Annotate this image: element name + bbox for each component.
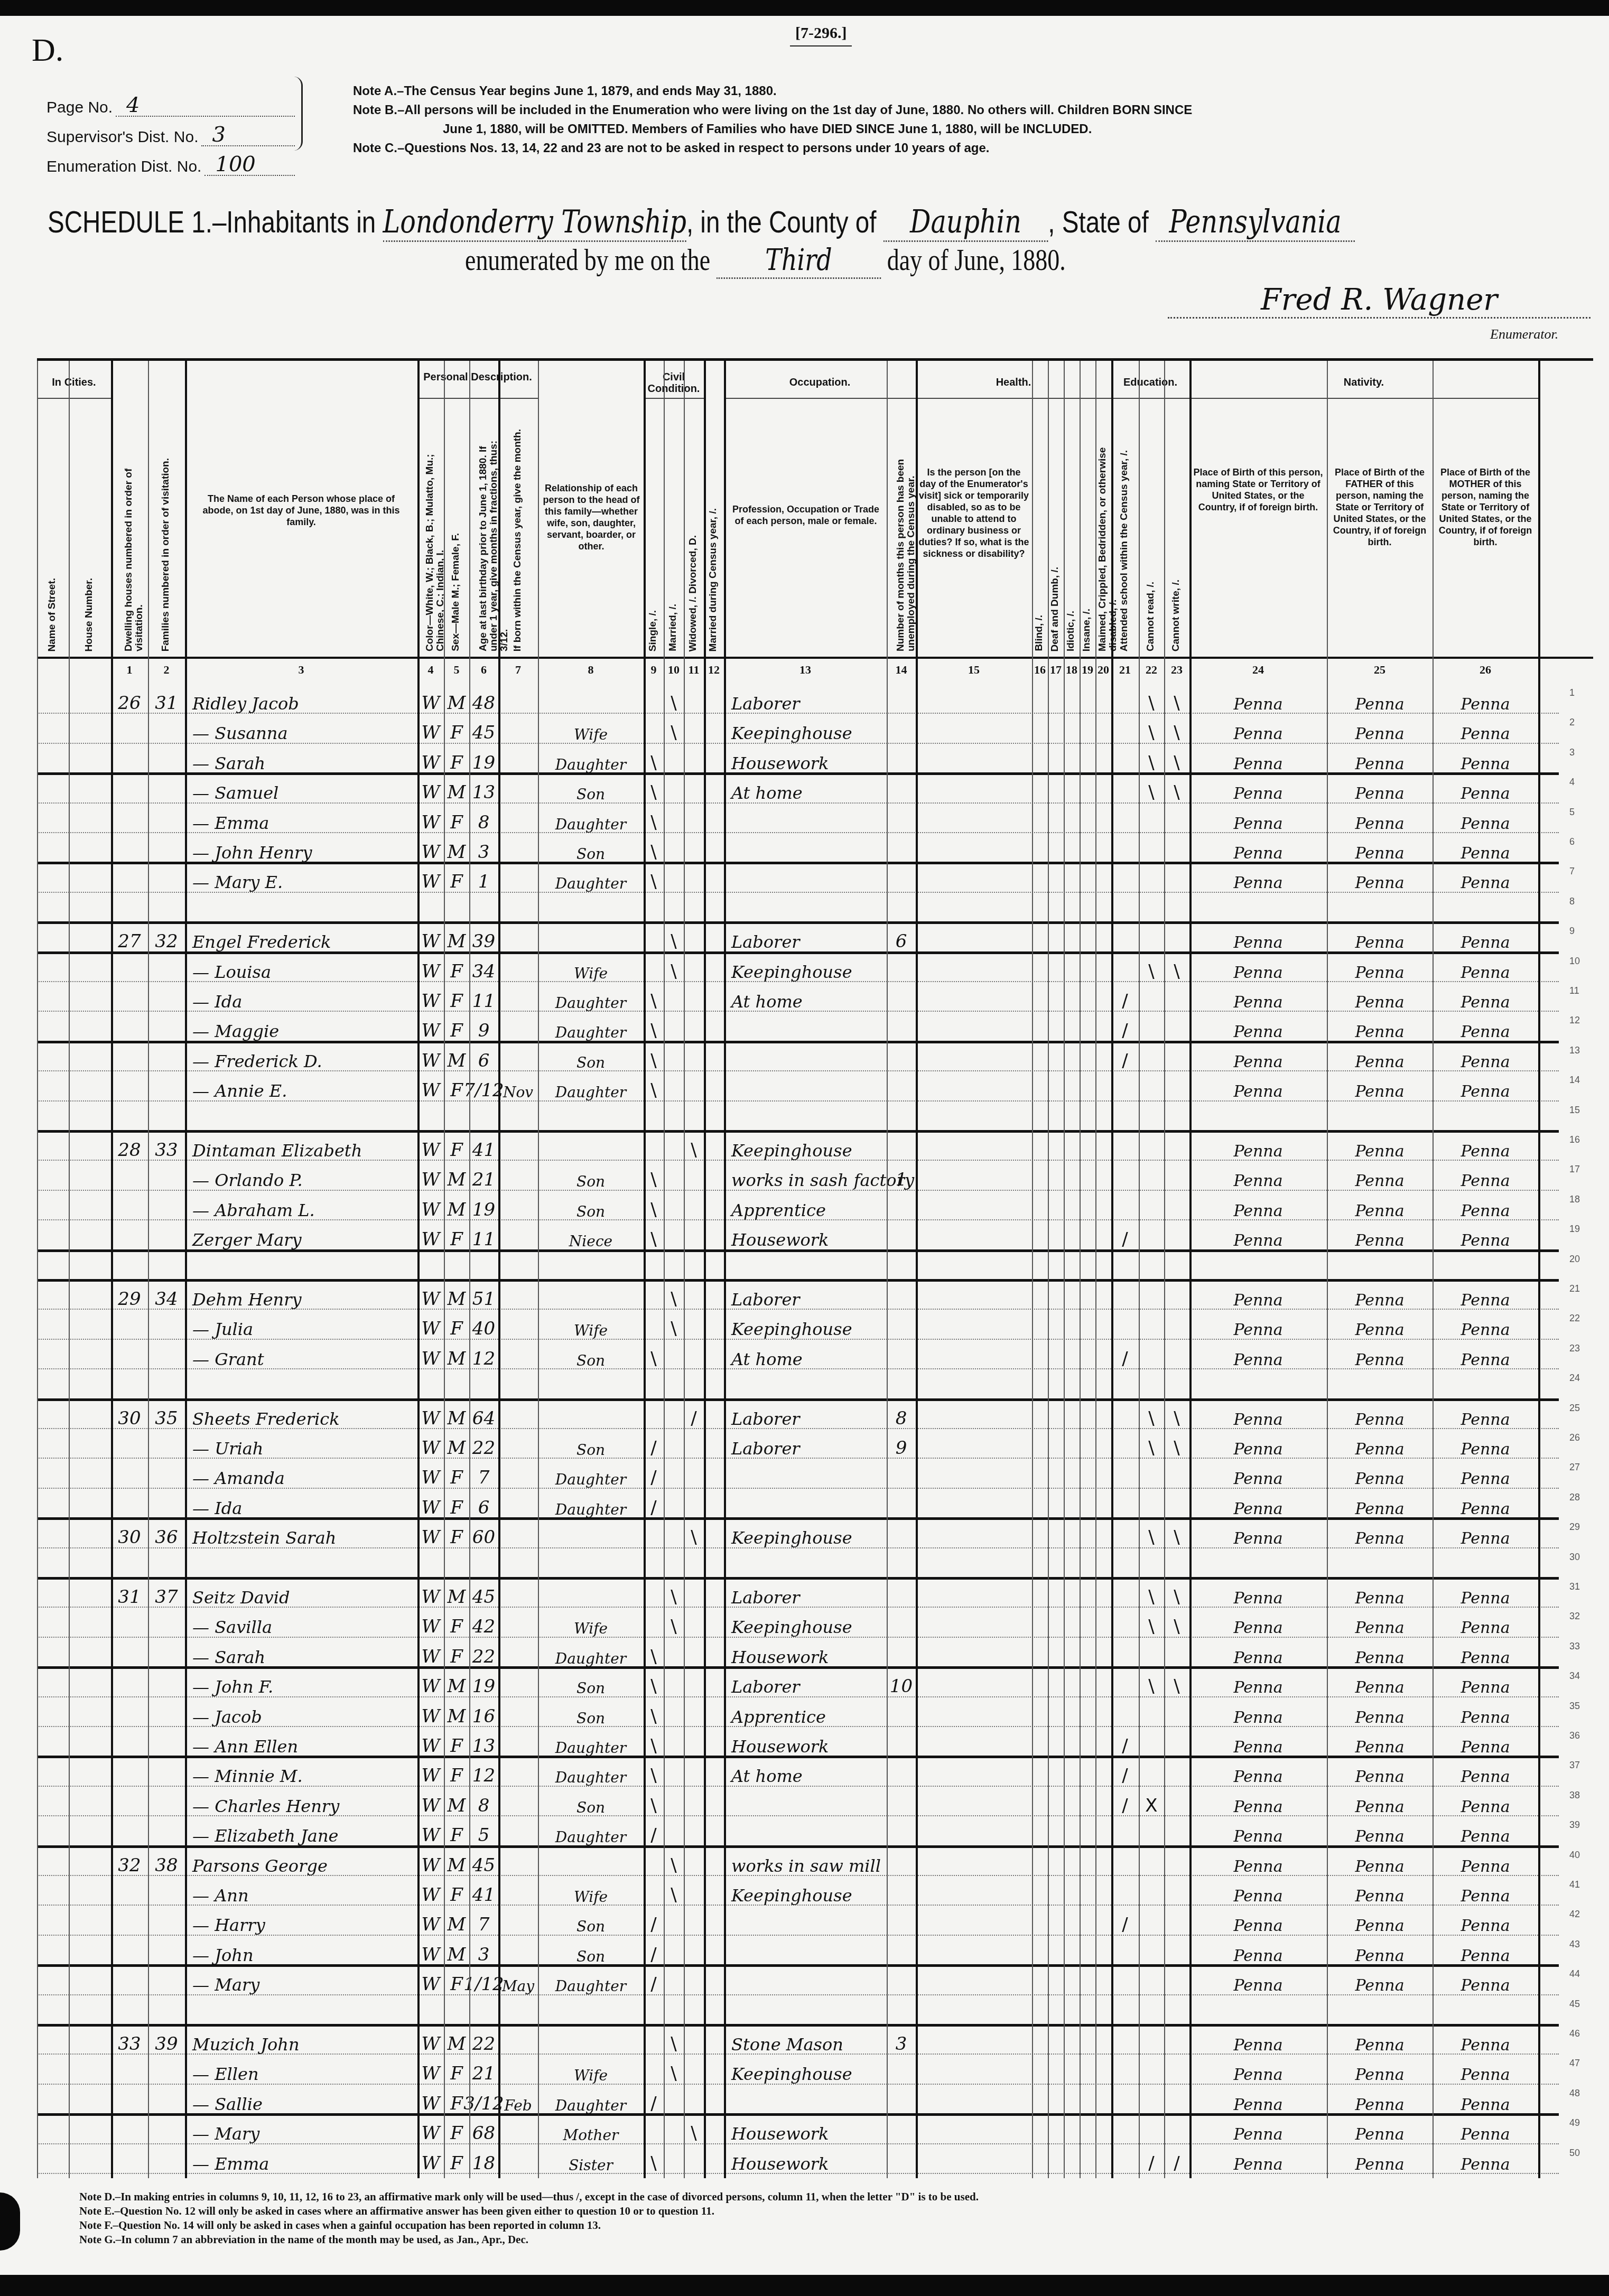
cannot-write-mark	[1164, 1847, 1189, 1876]
widowed-mark	[684, 1043, 704, 1071]
mother-birthplace: Penna	[1433, 1668, 1538, 1697]
relationship: Son	[538, 1043, 644, 1071]
mother-birthplace	[1433, 1252, 1538, 1280]
family-number	[148, 1877, 185, 1906]
father-birthplace: Penna	[1327, 1847, 1433, 1876]
mother-birthplace: Penna	[1433, 1519, 1538, 1548]
relationship: Daughter	[538, 1639, 644, 1667]
birth-month	[498, 1162, 538, 1190]
single-mark: \	[644, 864, 664, 892]
occupation: Keepinghouse	[731, 715, 887, 743]
relationship: Son	[538, 834, 644, 863]
column-rule	[1032, 361, 1033, 2178]
family-number	[148, 2115, 185, 2144]
age: 7	[469, 1460, 498, 1488]
single-mark: /	[644, 2086, 664, 2114]
age: 21	[469, 1162, 498, 1190]
cannot-read-mark	[1139, 1013, 1164, 1041]
occupation	[731, 1966, 887, 1995]
birthplace	[1189, 894, 1327, 922]
birthplace: Penna	[1189, 2026, 1327, 2055]
dwelling-number	[111, 1550, 148, 1578]
single-mark	[644, 2026, 664, 2055]
mother-birthplace: Penna	[1433, 2086, 1538, 2114]
dwelling-number	[111, 864, 148, 892]
married-mark	[664, 1192, 684, 1220]
cannot-read-mark	[1139, 1907, 1164, 1935]
birthplace: Penna	[1189, 805, 1327, 833]
occupation: At home	[731, 983, 887, 1012]
line-number: 10	[1569, 956, 1580, 967]
single-mark: \	[644, 1013, 664, 1041]
cannot-read-mark	[1139, 1370, 1164, 1399]
married-mark: \	[664, 923, 684, 952]
birth-month: Feb	[498, 2086, 538, 2114]
mother-birthplace: Penna	[1433, 715, 1538, 743]
relationship: Son	[538, 1192, 644, 1220]
cannot-read-mark	[1139, 864, 1164, 892]
sex: F	[444, 1639, 469, 1667]
married-mark	[664, 774, 684, 803]
table-row: 3035Sheets FrederickWM64/Laborer8\\Penna…	[37, 1398, 1559, 1429]
sex: F	[444, 745, 469, 773]
header-occupation: Profession, Occupation or Trade of each …	[729, 503, 882, 527]
widowed-mark	[684, 1937, 704, 1965]
column-number: 26	[1433, 663, 1538, 677]
attended-school-mark: /	[1111, 1013, 1139, 1041]
person-name: — Sarah	[192, 1639, 417, 1667]
age: 16	[469, 1698, 498, 1727]
family-number	[148, 2056, 185, 2084]
occupation: Keepinghouse	[731, 2056, 887, 2084]
enumerator-signature: Fred R. Wagner	[1168, 283, 1591, 319]
father-birthplace: Penna	[1327, 1907, 1433, 1935]
widowed-mark	[684, 1490, 704, 1518]
widowed-mark	[684, 1221, 704, 1250]
column-rule	[444, 361, 445, 2178]
months-unemployed	[887, 715, 916, 743]
color	[417, 1103, 444, 1131]
line-number: 7	[1569, 866, 1575, 877]
family-number	[148, 1103, 185, 1131]
married-mark: \	[664, 2026, 684, 2055]
color	[417, 894, 444, 922]
table-row: 3137Seitz DavidWM45\Laborer\\PennaPennaP…	[37, 1577, 1559, 1608]
table-row: — AnnWF41Wife\KeepinghousePennaPennaPenn…	[37, 1875, 1559, 1906]
single-mark	[644, 2115, 664, 2144]
note-a: Note A.–The Census Year begins June 1, 1…	[353, 82, 1357, 101]
cannot-read-mark	[1139, 1072, 1164, 1101]
birthplace: Penna	[1189, 1698, 1327, 1727]
age	[469, 1550, 498, 1578]
months-unemployed	[887, 1103, 916, 1131]
father-birthplace	[1327, 1252, 1433, 1280]
relationship: Niece	[538, 1221, 644, 1250]
line-number: 16	[1569, 1134, 1580, 1145]
attended-school-mark	[1111, 894, 1139, 922]
relationship: Sister	[538, 2145, 644, 2174]
attended-school-mark	[1111, 2056, 1139, 2084]
father-birthplace: Penna	[1327, 864, 1433, 892]
occupation	[731, 864, 887, 892]
cannot-read-mark	[1139, 1966, 1164, 1995]
married-mark: \	[664, 1877, 684, 1906]
subheader-rule	[1189, 398, 1538, 399]
line-number: 40	[1569, 1850, 1580, 1861]
table-row: 2631Ridley JacobWM48\Laborer\\PennaPenna…	[37, 683, 1559, 714]
cannot-write-mark: \	[1164, 1668, 1189, 1697]
table-row: — EmmaWF18Sister\Housework//PennaPennaPe…	[37, 2143, 1559, 2174]
color: W	[417, 834, 444, 863]
dwelling-number	[111, 1162, 148, 1190]
widowed-mark	[684, 1103, 704, 1131]
line-number: 19	[1569, 1224, 1580, 1235]
age	[469, 1252, 498, 1280]
relationship: Son	[538, 1698, 644, 1727]
single-mark: \	[644, 2145, 664, 2174]
attended-school-mark	[1111, 1132, 1139, 1161]
widowed-mark	[684, 923, 704, 952]
dwelling-number	[111, 1937, 148, 1965]
widowed-mark	[684, 1609, 704, 1637]
column-rule	[1095, 361, 1096, 2178]
months-unemployed: 8	[887, 1401, 916, 1429]
column-number: 17	[1048, 663, 1064, 677]
family-number	[148, 1043, 185, 1071]
birth-month	[498, 1728, 538, 1757]
column-rule	[111, 361, 113, 2178]
attended-school-mark	[1111, 774, 1139, 803]
single-mark	[644, 1311, 664, 1339]
family-number	[148, 715, 185, 743]
relationship: Daughter	[538, 1728, 644, 1757]
married-mark	[664, 805, 684, 833]
married-mark: \	[664, 685, 684, 714]
married-mark	[664, 1072, 684, 1101]
occupation	[731, 1072, 887, 1101]
single-mark	[644, 1579, 664, 1608]
sex: F	[444, 1490, 469, 1518]
color: W	[417, 1221, 444, 1250]
sex: M	[444, 1341, 469, 1369]
single-mark	[644, 1847, 664, 1876]
relationship	[538, 1103, 644, 1131]
line-number: 11	[1569, 985, 1579, 996]
sex	[444, 1252, 469, 1280]
age: 5	[469, 1817, 498, 1846]
widowed-mark	[684, 1311, 704, 1339]
person-name: — Sarah	[192, 745, 417, 773]
dwelling-number: 31	[111, 1579, 148, 1608]
color: W	[417, 954, 444, 982]
person-name: — Elizabeth Jane	[192, 1817, 417, 1846]
widowed-mark	[684, 1370, 704, 1399]
occupation: Laborer	[731, 1401, 887, 1429]
enumeration-district-line: Enumeration Dist. No. 100	[46, 146, 295, 176]
occupation: Housework	[731, 1639, 887, 1667]
attended-school-mark	[1111, 1401, 1139, 1429]
birth-month	[498, 1788, 538, 1816]
family-number: 34	[148, 1281, 185, 1310]
father-birthplace: Penna	[1327, 1430, 1433, 1459]
birthplace: Penna	[1189, 2086, 1327, 2114]
mother-birthplace: Penna	[1433, 745, 1538, 773]
mother-birthplace: Penna	[1433, 1817, 1538, 1846]
cannot-write-mark: \	[1164, 745, 1189, 773]
color: W	[417, 1460, 444, 1488]
married-mark	[664, 1103, 684, 1131]
header-age: Age at last birthday prior to June 1, 18…	[478, 419, 501, 651]
birth-month	[498, 1370, 538, 1399]
line-number: 14	[1569, 1075, 1580, 1086]
occupation: Apprentice	[731, 1698, 887, 1727]
person-name	[192, 1370, 417, 1399]
line-number: 2	[1569, 717, 1575, 728]
birthplace: Penna	[1189, 2056, 1327, 2084]
single-mark: \	[644, 1758, 664, 1786]
occupation: Stone Mason	[731, 2026, 887, 2055]
widowed-mark	[684, 1907, 704, 1935]
table-row: — SavillaWF42Wife\Keepinghouse\\PennaPen…	[37, 1607, 1559, 1637]
cannot-read-mark: X	[1139, 1788, 1164, 1816]
person-name: — Julia	[192, 1311, 417, 1339]
attended-school-mark	[1111, 2026, 1139, 2055]
birth-month	[498, 1579, 538, 1608]
page-number-line: Page No. 4	[46, 87, 295, 117]
widowed-mark	[684, 894, 704, 922]
line-number: 50	[1569, 2148, 1580, 2159]
group-civil-condition: Civil Condition.	[644, 371, 704, 395]
family-number: 32	[148, 923, 185, 952]
relationship: Wife	[538, 1877, 644, 1906]
birthplace: Penna	[1189, 983, 1327, 1012]
father-birthplace: Penna	[1327, 1281, 1433, 1310]
table-row: 2833Dintaman ElizabethWF41\KeepinghouseP…	[37, 1130, 1559, 1161]
table-row: 3036Holtzstein SarahWF60\Keepinghouse\\P…	[37, 1517, 1559, 1548]
single-mark: \	[644, 1162, 664, 1190]
single-mark: \	[644, 1698, 664, 1727]
age: 19	[469, 1192, 498, 1220]
column-rule	[1327, 361, 1328, 2178]
table-row: — JohnWM3Son/PennaPennaPenna43	[37, 1935, 1559, 1967]
relationship: Daughter	[538, 2086, 644, 2114]
months-unemployed	[887, 2056, 916, 2084]
dwelling-number: 27	[111, 923, 148, 952]
state-label: , State of	[1048, 205, 1148, 239]
father-birthplace: Penna	[1327, 1460, 1433, 1488]
cannot-write-mark	[1164, 1817, 1189, 1846]
attended-school-mark	[1111, 1162, 1139, 1190]
family-number: 35	[148, 1401, 185, 1429]
attended-school-mark	[1111, 1847, 1139, 1876]
birthplace: Penna	[1189, 1609, 1327, 1637]
age	[469, 1370, 498, 1399]
birth-month	[498, 1132, 538, 1161]
father-birthplace: Penna	[1327, 1401, 1433, 1429]
attended-school-mark	[1111, 1550, 1139, 1578]
sex: M	[444, 1847, 469, 1876]
birthplace	[1189, 1550, 1327, 1578]
line-number: 22	[1569, 1313, 1580, 1324]
birth-month	[498, 1847, 538, 1876]
birthplace: Penna	[1189, 1907, 1327, 1935]
birth-month	[498, 805, 538, 833]
cannot-read-mark	[1139, 1162, 1164, 1190]
relationship	[538, 894, 644, 922]
subheader-rule	[1111, 398, 1189, 399]
father-birthplace: Penna	[1327, 2115, 1433, 2144]
color: W	[417, 1072, 444, 1101]
relationship: Daughter	[538, 1966, 644, 1995]
color	[417, 1370, 444, 1399]
widowed-mark	[684, 1281, 704, 1310]
occupation	[731, 1937, 887, 1965]
color: W	[417, 864, 444, 892]
months-unemployed	[887, 1847, 916, 1876]
age: 68	[469, 2115, 498, 2144]
sex: F	[444, 1877, 469, 1906]
table-row: — MaggieWF9Daughter\/PennaPennaPenna12	[37, 1011, 1559, 1043]
relationship	[538, 1370, 644, 1399]
father-birthplace	[1327, 1550, 1433, 1578]
cannot-read-mark	[1139, 1341, 1164, 1369]
column-number: 5	[444, 663, 469, 677]
dwelling-number	[111, 1370, 148, 1399]
cannot-read-mark	[1139, 1490, 1164, 1518]
birthplace: Penna	[1189, 1788, 1327, 1816]
line-number: 38	[1569, 1790, 1580, 1801]
header-insane: Insane, /.	[1082, 609, 1095, 651]
note-f: Note F.–Question No. 14 will only be ask…	[79, 2218, 979, 2233]
birth-month	[498, 1043, 538, 1071]
months-unemployed	[887, 1966, 916, 1995]
birth-month	[498, 1877, 538, 1906]
attended-school-mark: /	[1111, 1907, 1139, 1935]
header-name: The Name of each Person whose place of a…	[196, 493, 407, 528]
page-number-label: Page No.	[46, 99, 113, 117]
column-number: 7	[498, 663, 538, 677]
subheader-rule	[916, 398, 1111, 399]
page-number-value: 4	[116, 95, 295, 117]
widowed-mark	[684, 1639, 704, 1667]
sex: M	[444, 1281, 469, 1310]
relationship: Son	[538, 1788, 644, 1816]
occupation	[731, 894, 887, 922]
header-birthplace-father: Place of Birth of the FATHER of this per…	[1329, 466, 1430, 548]
township-value: Londonderry Township	[383, 203, 686, 242]
form-id: [7-296.]	[790, 24, 852, 46]
header-notes: Note A.–The Census Year begins June 1, 1…	[353, 82, 1357, 158]
table-row: — Minnie M.WF12Daughter\At home/PennaPen…	[37, 1756, 1559, 1786]
sex: F	[444, 1013, 469, 1041]
relationship: Mother	[538, 2115, 644, 2144]
color: W	[417, 2056, 444, 2084]
birthplace: Penna	[1189, 954, 1327, 982]
sex	[444, 894, 469, 922]
mother-birthplace: Penna	[1433, 1907, 1538, 1935]
age	[469, 1996, 498, 2025]
occupation	[731, 1817, 887, 1846]
age: 3	[469, 834, 498, 863]
birth-month	[498, 1698, 538, 1727]
line-number: 48	[1569, 2088, 1580, 2099]
supervisor-district-line: Supervisor's Dist. No. 3	[46, 117, 295, 146]
cannot-read-mark: \	[1139, 774, 1164, 803]
note-e: Note E.–Question No. 12 will only be ask…	[79, 2204, 979, 2218]
married-mark	[664, 2115, 684, 2144]
dwelling-number	[111, 1072, 148, 1101]
married-mark	[664, 864, 684, 892]
line-number: 26	[1569, 1432, 1580, 1443]
married-mark	[664, 1460, 684, 1488]
family-number	[148, 1490, 185, 1518]
father-birthplace	[1327, 1103, 1433, 1131]
state-value: Pennsylvania	[1156, 203, 1355, 242]
column-number: 12	[704, 663, 724, 677]
column-rule	[1189, 361, 1192, 2178]
birth-month	[498, 1668, 538, 1697]
family-number	[148, 1550, 185, 1578]
line-number: 17	[1569, 1164, 1580, 1175]
line-number: 42	[1569, 1909, 1580, 1920]
married-mark	[664, 1401, 684, 1429]
person-name: — Emma	[192, 805, 417, 833]
relationship	[538, 923, 644, 952]
birth-month	[498, 1221, 538, 1250]
months-unemployed	[887, 2086, 916, 2114]
relationship: Daughter	[538, 805, 644, 833]
attended-school-mark	[1111, 2115, 1139, 2144]
birth-month	[498, 983, 538, 1012]
cannot-write-mark	[1164, 1221, 1189, 1250]
father-birthplace: Penna	[1327, 1937, 1433, 1965]
cannot-write-mark	[1164, 2115, 1189, 2144]
widowed-mark	[684, 685, 704, 714]
cannot-read-mark	[1139, 834, 1164, 863]
color: W	[417, 1609, 444, 1637]
relationship: Daughter	[538, 1758, 644, 1786]
color: W	[417, 983, 444, 1012]
birthplace	[1189, 1370, 1327, 1399]
mother-birthplace: Penna	[1433, 834, 1538, 863]
attended-school-mark	[1111, 1519, 1139, 1548]
cannot-read-mark: \	[1139, 685, 1164, 714]
birth-month	[498, 2145, 538, 2174]
father-birthplace: Penna	[1327, 1341, 1433, 1369]
mother-birthplace: Penna	[1433, 805, 1538, 833]
table-row: — John HenryWM3Son\PennaPennaPenna6	[37, 832, 1559, 864]
single-mark: /	[644, 1966, 664, 1995]
birth-month	[498, 1311, 538, 1339]
birthplace: Penna	[1189, 1311, 1327, 1339]
widowed-mark	[684, 805, 704, 833]
person-name: — Ida	[192, 1490, 417, 1518]
dwelling-number	[111, 1341, 148, 1369]
age: 41	[469, 1132, 498, 1161]
birth-month	[498, 685, 538, 714]
color: W	[417, 1281, 444, 1310]
person-name: Ridley Jacob	[192, 685, 417, 714]
cannot-write-mark	[1164, 1252, 1189, 1280]
married-mark	[664, 1221, 684, 1250]
family-number	[148, 864, 185, 892]
attended-school-mark	[1111, 1192, 1139, 1220]
occupation: Keepinghouse	[731, 1519, 887, 1548]
months-unemployed	[887, 1192, 916, 1220]
sex: M	[444, 1579, 469, 1608]
relationship: Son	[538, 1668, 644, 1697]
dwelling-number	[111, 1966, 148, 1995]
